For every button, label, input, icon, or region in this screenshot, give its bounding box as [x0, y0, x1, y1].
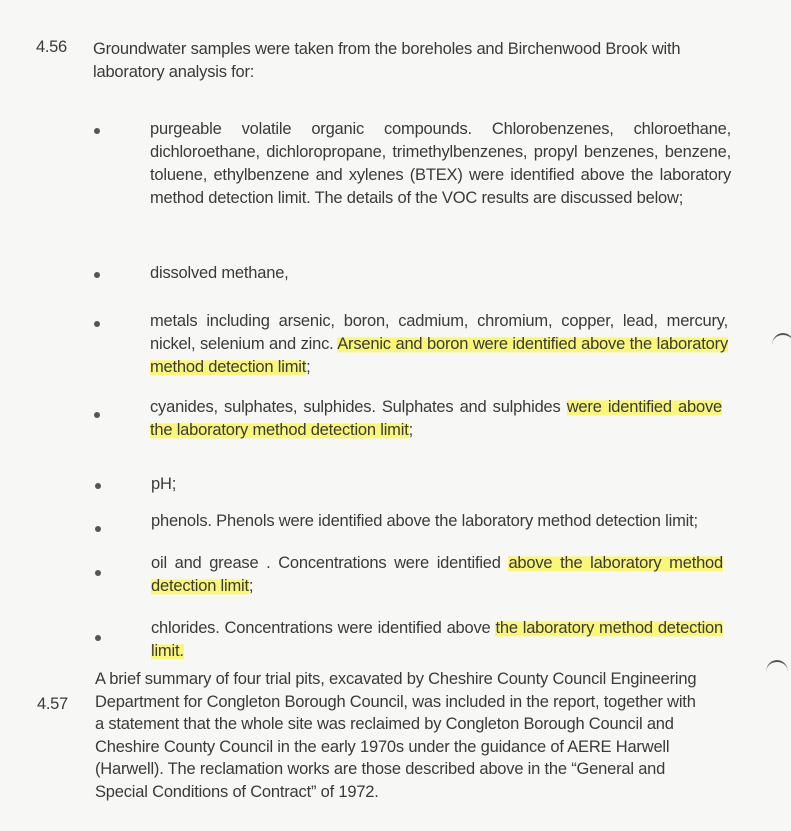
list-item-text: pH;: [151, 473, 723, 496]
margin-mark-icon: [766, 660, 788, 684]
bullet-icon: [95, 570, 101, 576]
list-item-text: cyanides, sulphates, sulphides. Sulphate…: [150, 396, 722, 442]
bullet-icon: [94, 272, 100, 278]
bullet-icon: [94, 321, 100, 327]
paragraph-line: A brief summary of four trial pits, exca…: [95, 668, 735, 691]
paragraph-line: laboratory analysis for:: [93, 61, 743, 84]
list-item-text: chlorides. Concentrations were identifie…: [151, 617, 723, 663]
paragraph-line: a statement that the whole site was recl…: [95, 713, 735, 736]
list-item-text: phenols. Phenols were identified above t…: [151, 510, 731, 533]
paragraph-line: (Harwell). The reclamation works are tho…: [95, 758, 735, 781]
paragraph-text: Groundwater samples were taken from the …: [93, 38, 743, 84]
list-item-text: purgeable volatile organic compounds. Ch…: [150, 118, 731, 210]
bullet-icon: [95, 526, 101, 532]
list-item-text: oil and grease . Concentrations were ide…: [151, 552, 723, 598]
paragraph-line: Cheshire County Council in the early 197…: [95, 736, 735, 759]
list-item-text: metals including arsenic, boron, cadmium…: [150, 310, 728, 379]
bullet-icon: [94, 128, 100, 134]
bullet-icon: [94, 412, 100, 418]
paragraph-line: Department for Congleton Borough Council…: [95, 691, 735, 714]
bullet-icon: [95, 635, 101, 641]
paragraph-text: A brief summary of four trial pits, exca…: [95, 668, 735, 803]
list-item-text: dissolved methane,: [150, 262, 731, 285]
paragraph-number: 4.57: [37, 695, 68, 714]
document-page: 4.56 Groundwater samples were taken from…: [0, 0, 791, 831]
paragraph-line: Special Conditions of Contract” of 1972.: [95, 781, 735, 804]
bullet-icon: [95, 483, 101, 489]
margin-mark-icon: [772, 333, 791, 357]
paragraph-number: 4.56: [36, 38, 67, 57]
paragraph-line: Groundwater samples were taken from the …: [93, 38, 743, 61]
